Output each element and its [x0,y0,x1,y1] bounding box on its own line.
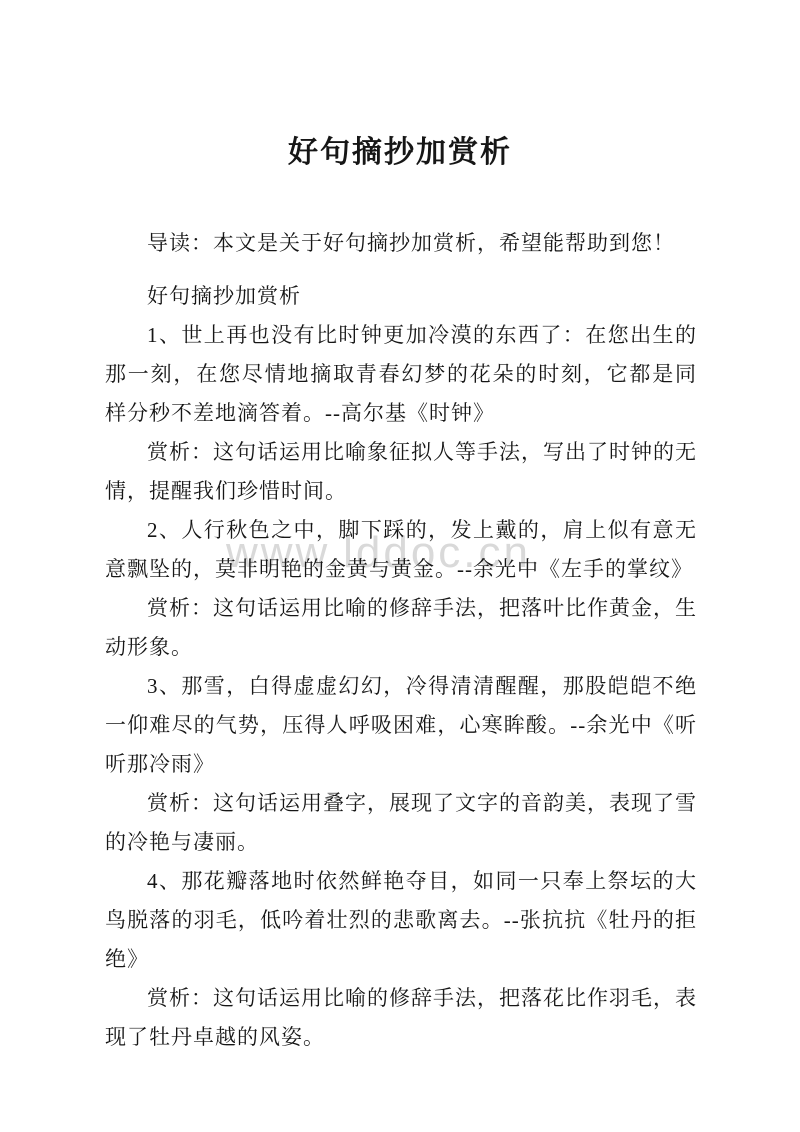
paragraph-analysis-3: 赏析：这句话运用叠字，展现了文字的音韵美，表现了雪的冷艳与凄丽。 [105,784,697,862]
page-title: 好句摘抄加赏析 [0,0,800,174]
paragraph-intro: 导读：本文是关于好句摘抄加赏析，希望能帮助到您！ [105,224,697,263]
paragraph-analysis-2: 赏析：这句话运用比喻的修辞手法，把落叶比作黄金，生动形象。 [105,589,697,667]
document-body: 导读：本文是关于好句摘抄加赏析，希望能帮助到您！ 好句摘抄加赏析 1、世上再也没… [105,224,697,1057]
paragraph-subtitle: 好句摘抄加赏析 [105,277,697,316]
paragraph-quote-4: 4、那花瓣落地时依然鲜艳夺目，如同一只奉上祭坛的大鸟脱落的羽毛，低吟着壮烈的悲歌… [105,862,697,979]
paragraph-quote-1: 1、世上再也没有比时钟更加冷漠的东西了：在您出生的那一刻，在您尽情地摘取青春幻梦… [105,316,697,433]
paragraph-analysis-1: 赏析：这句话运用比喻象征拟人等手法，写出了时钟的无情，提醒我们珍惜时间。 [105,433,697,511]
paragraph-analysis-4: 赏析：这句话运用比喻的修辞手法，把落花比作羽毛，表现了牡丹卓越的风姿。 [105,979,697,1057]
document-page: www.lddoc.cn 好句摘抄加赏析 导读：本文是关于好句摘抄加赏析，希望能… [0,0,800,1132]
paragraph-quote-2: 2、人行秋色之中，脚下踩的，发上戴的，肩上似有意无意飘坠的，莫非明艳的金黄与黄金… [105,511,697,589]
paragraph-quote-3: 3、那雪，白得虚虚幻幻，冷得清清醒醒，那股皑皑不绝一仰难尽的气势，压得人呼吸困难… [105,667,697,784]
